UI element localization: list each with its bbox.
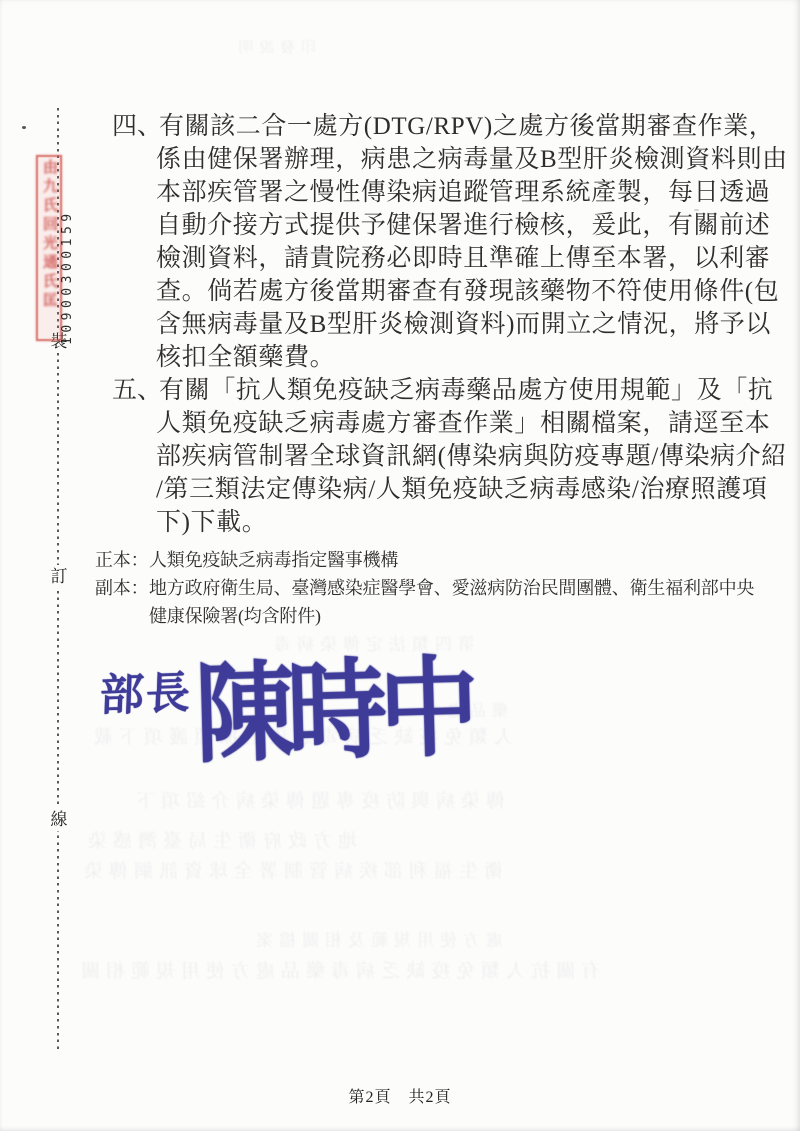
- recipients-block: 正本：人類免疫缺乏病毒指定醫事機構 副本：地方政府衛生局、臺灣感染症醫學會、愛滋…: [95, 546, 775, 630]
- body-line: 核扣全額藥費。: [112, 341, 764, 374]
- document-serial-number: 10900300159: [60, 145, 75, 345]
- body-line: 自動介接方式提供予健保署進行檢核，爰此，有關前述: [112, 209, 764, 242]
- bleedthrough-text: 印發說明: [232, 36, 316, 57]
- body-line: 檢測資料，請貴院務必即時且準確上傳至本署，以利審: [112, 242, 764, 275]
- item-number-5: 五、: [112, 374, 159, 407]
- red-seal-stamp: 由九氏回光通氏匡: [36, 155, 62, 341]
- body-line: 部疾病管制署全球資訊網(傳染病與防疫專題/傳染病介紹: [112, 440, 764, 473]
- body-line: 人類免疫缺乏病毒處方審查作業」相關檔案，請逕至本: [112, 407, 764, 440]
- copy-recipients: 地方政府衛生局、臺灣感染症醫學會、愛滋病防治民間團體、衛生福利部中央: [149, 578, 754, 598]
- body-line: 含無病毒量及B型肝炎檢測資料)而開立之情況，將予以: [112, 308, 764, 341]
- minister-title: 部長: [99, 656, 193, 723]
- scan-speck: [22, 126, 26, 129]
- original-label: 正本：: [95, 546, 149, 574]
- paragraph-5: 五、有關「抗人類免疫缺乏病毒藥品處方使用規範」及「抗 人類免疫缺乏病毒處方審查作…: [112, 374, 764, 539]
- bleedthrough-text: 傳染病與防疫專題傳染病介紹項下: [130, 786, 505, 813]
- binding-mark-ding: 訂: [49, 565, 69, 588]
- original-recipient: 人類免疫缺乏病毒指定醫事機構: [149, 550, 398, 570]
- minister-signature: 陳時中: [193, 621, 473, 784]
- copy-label: 副本：: [95, 574, 149, 602]
- body-line: 四、有關該二合一處方(DTG/RPV)之處方後當期審查作業，: [112, 110, 764, 143]
- original-recipient-line: 正本：人類免疫缺乏病毒指定醫事機構: [95, 546, 775, 574]
- page-footer: 第2頁 共2頁: [0, 1084, 800, 1107]
- item-number-4: 四、: [112, 110, 159, 143]
- scanned-letter-page: 印發說明 第四類法定傳染病毒 藥品處方 人類免疫缺乏病毒感染治療照護項下載 傳染…: [0, 0, 800, 1131]
- body-line-text: 有關「抗人類免疫缺乏病毒藥品處方使用規範」及「抗: [159, 377, 773, 404]
- body-line: 下)下載。: [112, 506, 764, 539]
- bleedthrough-text: 衛生福利部疾病管制署全球資訊網傳染: [78, 856, 503, 883]
- seal-glyphs: 由九氏回光通氏匡: [39, 159, 59, 311]
- body-line: 係由健保署辦理，病患之病毒量及B型肝炎檢測資料則由: [112, 143, 764, 176]
- copy-recipient-line: 副本：地方政府衛生局、臺灣感染症醫學會、愛滋病防治民間團體、衛生福利部中央: [95, 574, 775, 602]
- paragraph-4: 四、有關該二合一處方(DTG/RPV)之處方後當期審查作業， 係由健保署辦理，病…: [112, 110, 764, 374]
- body-line: /第三類法定傳染病/人類免疫缺乏病毒感染/治療照護項: [112, 473, 764, 506]
- body-line: 本部疾管署之慢性傳染病追蹤管理系統產製，每日透過: [112, 176, 764, 209]
- bleedthrough-text: 處方使用規範及相關檔案: [250, 926, 503, 951]
- letter-body: 四、有關該二合一處方(DTG/RPV)之處方後當期審查作業， 係由健保署辦理，病…: [112, 110, 764, 539]
- bleedthrough-text: 地方政府衛生局臺灣感染: [82, 826, 357, 853]
- body-line: 五、有關「抗人類免疫缺乏病毒藥品處方使用規範」及「抗: [112, 374, 764, 407]
- body-line-text: 有關該二合一處方(DTG/RPV)之處方後當期審查作業，: [159, 113, 774, 140]
- bleedthrough-text: 有關抗人類免疫缺乏病毒藥品處方使用規範相關: [75, 956, 600, 983]
- binding-mark-xian: 線: [49, 808, 69, 831]
- body-line: 查。倘若處方後當期審查有發現該藥物不符使用條件(包: [112, 275, 764, 308]
